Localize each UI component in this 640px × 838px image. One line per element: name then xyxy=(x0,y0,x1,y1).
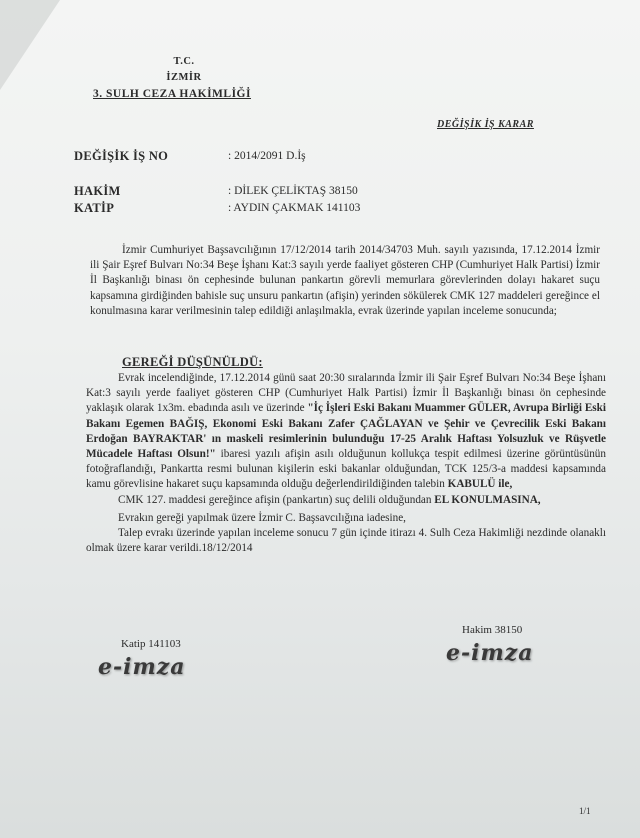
clerk-e-signature: e-imza xyxy=(98,654,186,680)
return-text: Evrakın gereği yapılmak üzere İzmir C. B… xyxy=(86,511,606,526)
intro-paragraph: İzmir Cumhuriyet Başsavcılığının 17/12/2… xyxy=(90,243,600,319)
header-court: 3. SULH CEZA HAKİMLİĞİ xyxy=(72,88,272,100)
header-country: T.C. xyxy=(84,56,284,67)
document-page: T.C. İZMİR 3. SULH CEZA HAKİMLİĞİ DEĞİŞİ… xyxy=(0,0,640,838)
decision-paragraph: Evrak incelendiğinde, 17.12.2014 günü sa… xyxy=(86,371,606,556)
document-type: DEĞİŞİK İŞ KARAR xyxy=(437,119,534,130)
acceptance-text: KABULÜ ile, xyxy=(448,478,513,490)
clerk-signature-label: Katip 141103 xyxy=(121,638,181,650)
header-city: İZMİR xyxy=(84,72,284,83)
field-value-clerk: : AYDIN ÇAKMAK 141103 xyxy=(228,202,360,214)
intro-text: İzmir Cumhuriyet Başsavcılığının 17/12/2… xyxy=(90,243,600,319)
judge-signature-label: Hakim 38150 xyxy=(462,624,522,636)
page-number: 1/1 xyxy=(579,806,591,816)
section-title: GEREĞİ DÜŞÜNÜLDÜ: xyxy=(122,355,263,370)
seizure-text: EL KONULMASINA, xyxy=(434,494,540,506)
page-fold-shadow xyxy=(0,0,60,90)
cmk-text: CMK 127. maddesi gereğince afişin (panka… xyxy=(118,494,434,506)
field-label-judge: HAKİM xyxy=(74,184,121,199)
judge-e-signature: e-imza xyxy=(446,640,534,666)
appeal-text: Talep evrakı üzerinde yapılan inceleme s… xyxy=(86,526,606,556)
field-label-clerk: KATİP xyxy=(74,201,114,216)
field-value-case-no: : 2014/2091 D.İş xyxy=(228,150,306,162)
field-value-judge: : DİLEK ÇELİKTAŞ 38150 xyxy=(228,185,358,197)
field-label-case-no: DEĞİŞİK İŞ NO xyxy=(74,149,168,164)
